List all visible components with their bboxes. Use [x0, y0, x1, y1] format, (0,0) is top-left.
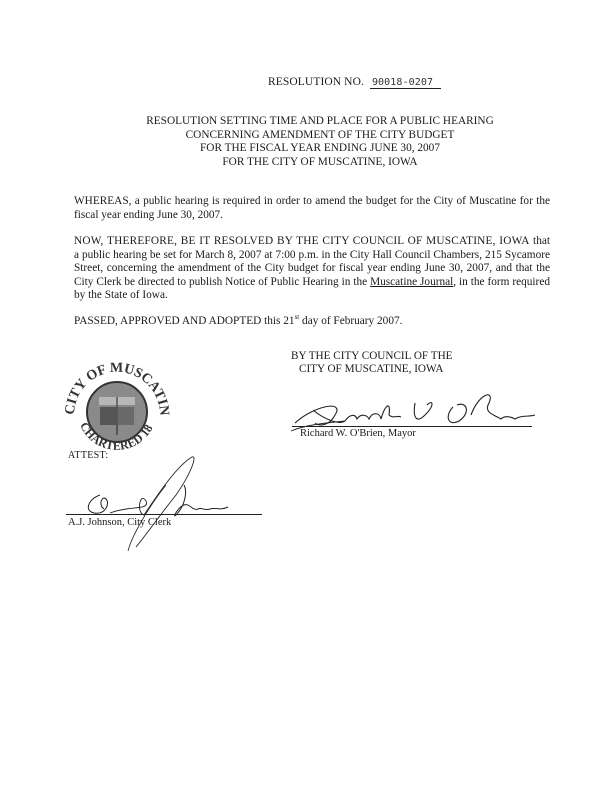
- passed-text-end: day of February 2007.: [299, 315, 402, 327]
- title-line: FOR THE FISCAL YEAR ENDING JUNE 30, 2007: [100, 142, 540, 156]
- resolved-paragraph: NOW, THEREFORE, BE IT RESOLVED BY THE CI…: [74, 235, 550, 303]
- council-line: CITY OF MUSCATINE, IOWA: [291, 363, 453, 376]
- council-line: BY THE CITY COUNCIL OF THE: [291, 350, 453, 363]
- clerk-signature-line: [66, 514, 262, 515]
- title-line: FOR THE CITY OF MUSCATINE, IOWA: [100, 156, 540, 170]
- council-block: BY THE CITY COUNCIL OF THE CITY OF MUSCA…: [291, 350, 453, 376]
- resolution-number-line: RESOLUTION NO. 90018-0207: [268, 76, 441, 89]
- document-title: RESOLUTION SETTING TIME AND PLACE FOR A …: [100, 115, 540, 169]
- title-line: RESOLUTION SETTING TIME AND PLACE FOR A …: [100, 115, 540, 129]
- clerk-name: A.J. Johnson, City Clerk: [68, 517, 171, 528]
- passed-text: PASSED, APPROVED AND ADOPTED this 21: [74, 315, 295, 327]
- passed-paragraph: PASSED, APPROVED AND ADOPTED this 21st d…: [74, 311, 550, 328]
- resolved-lead: NOW, THEREFORE, BE IT RESOLVED BY THE CI…: [74, 235, 530, 247]
- mayor-signature-line: [292, 426, 532, 427]
- clerk-signature-icon: [80, 455, 260, 555]
- city-seal-icon: CITY OF MUSCATINE, IOWA CHARTERED 1851: [62, 355, 172, 465]
- title-line: CONCERNING AMENDMENT OF THE CITY BUDGET: [100, 129, 540, 143]
- newspaper-name: Muscatine Journal: [370, 276, 453, 288]
- resolution-number: 90018-0207: [370, 77, 441, 89]
- resolution-label: RESOLUTION NO.: [268, 76, 364, 88]
- mayor-name: Richard W. O'Brien, Mayor: [300, 428, 416, 439]
- whereas-paragraph: WHEREAS, a public hearing is required in…: [74, 195, 550, 222]
